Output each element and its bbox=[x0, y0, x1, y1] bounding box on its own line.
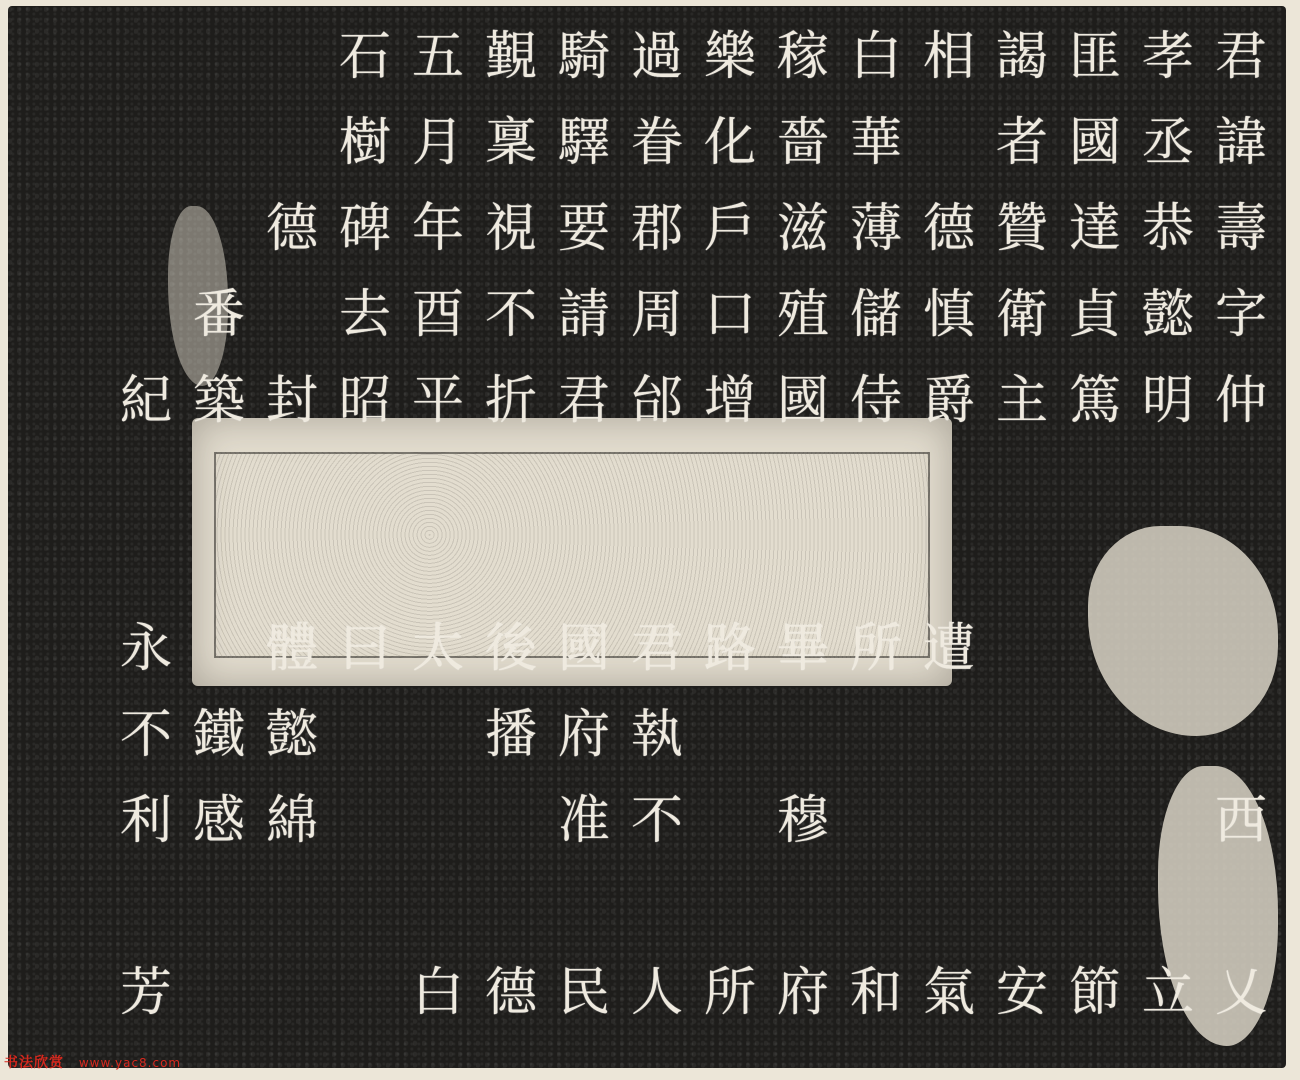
glyph bbox=[1133, 692, 1203, 778]
glyph bbox=[914, 100, 984, 186]
text-column-top: 過眷郡周邰 bbox=[622, 14, 692, 444]
glyph: 准 bbox=[549, 778, 619, 864]
glyph: 戶 bbox=[695, 186, 765, 272]
glyph bbox=[914, 778, 984, 864]
glyph: 所 bbox=[841, 606, 911, 692]
glyph bbox=[1060, 606, 1130, 692]
glyph: 諱 bbox=[1206, 100, 1276, 186]
glyph: 去 bbox=[330, 272, 400, 358]
glyph: 月 bbox=[403, 100, 473, 186]
glyph: 匪 bbox=[1060, 14, 1130, 100]
glyph: 達 bbox=[1060, 186, 1130, 272]
glyph: 立 bbox=[1133, 950, 1203, 1036]
glyph: 華 bbox=[841, 100, 911, 186]
glyph bbox=[1060, 864, 1130, 950]
glyph: 孝 bbox=[1133, 14, 1203, 100]
glyph: 滋 bbox=[768, 186, 838, 272]
text-column-bottom: 節 bbox=[1060, 606, 1130, 1036]
text-column-top: 君諱壽字仲 bbox=[1206, 14, 1276, 444]
text-column-bottom: 太白 bbox=[403, 606, 473, 1036]
glyph bbox=[184, 864, 254, 950]
glyph: 請 bbox=[549, 272, 619, 358]
text-column-bottom: 安 bbox=[987, 606, 1057, 1036]
glyph: 石 bbox=[330, 14, 400, 100]
glyph: 五 bbox=[403, 14, 473, 100]
text-column-bottom: 鐵感 bbox=[184, 606, 254, 1036]
glyph bbox=[184, 950, 254, 1036]
glyph: 篤 bbox=[1060, 358, 1130, 444]
glyph bbox=[184, 186, 254, 272]
glyph bbox=[841, 864, 911, 950]
glyph: 永 bbox=[111, 606, 181, 692]
glyph: 騎 bbox=[549, 14, 619, 100]
text-column-bottom: 君執不人 bbox=[622, 606, 692, 1036]
glyph bbox=[695, 692, 765, 778]
glyph bbox=[257, 100, 327, 186]
glyph: 國 bbox=[549, 606, 619, 692]
glyph: 衛 bbox=[987, 272, 1057, 358]
glyph: 不 bbox=[622, 778, 692, 864]
glyph: 封 bbox=[257, 358, 327, 444]
glyph: 執 bbox=[622, 692, 692, 778]
glyph: 壽 bbox=[1206, 186, 1276, 272]
text-column-top: 謁者贊衛主 bbox=[987, 14, 1057, 444]
glyph bbox=[476, 864, 546, 950]
glyph: 字 bbox=[1206, 272, 1276, 358]
glyph: 國 bbox=[768, 358, 838, 444]
glyph: 鐵 bbox=[184, 692, 254, 778]
glyph: 人 bbox=[622, 950, 692, 1036]
text-column-bottom: 路所 bbox=[695, 606, 765, 1036]
text-column-top: 番築 bbox=[184, 14, 254, 444]
glyph bbox=[330, 864, 400, 950]
watermark-name: 书法欣赏 bbox=[4, 1055, 64, 1071]
glyph: 體 bbox=[257, 606, 327, 692]
glyph: 國 bbox=[1060, 100, 1130, 186]
glyph bbox=[914, 864, 984, 950]
glyph: 郡 bbox=[622, 186, 692, 272]
glyph bbox=[257, 272, 327, 358]
glyph bbox=[1206, 692, 1276, 778]
glyph: 紀 bbox=[111, 358, 181, 444]
text-column-bottom: 畢穆府 bbox=[768, 606, 838, 1036]
glyph: 嗇 bbox=[768, 100, 838, 186]
glyph: 相 bbox=[914, 14, 984, 100]
glyph bbox=[622, 864, 692, 950]
glyph bbox=[184, 14, 254, 100]
glyph: 府 bbox=[768, 950, 838, 1036]
text-column-top: 德封 bbox=[257, 14, 327, 444]
glyph: 曰 bbox=[330, 606, 400, 692]
text-column-top: 稼嗇滋殖國 bbox=[768, 14, 838, 444]
text-column-bottom: 遭氣 bbox=[914, 606, 984, 1036]
glyph bbox=[403, 864, 473, 950]
text-column-bottom: 體懿綿 bbox=[257, 606, 327, 1036]
text-column-top: 覲稟視不折 bbox=[476, 14, 546, 444]
glyph: 贊 bbox=[987, 186, 1057, 272]
text-column-top: 石樹碑去昭 bbox=[330, 14, 400, 444]
glyph: 白 bbox=[403, 950, 473, 1036]
glyph: 乂 bbox=[1206, 950, 1276, 1036]
text-column-bottom: 後播德 bbox=[476, 606, 546, 1036]
glyph: 太 bbox=[403, 606, 473, 692]
glyph bbox=[111, 272, 181, 358]
glyph: 主 bbox=[987, 358, 1057, 444]
glyph bbox=[695, 778, 765, 864]
glyph bbox=[768, 864, 838, 950]
glyph: 眷 bbox=[622, 100, 692, 186]
watermark: 书法欣赏 www.yac8.com bbox=[4, 1052, 181, 1072]
glyph: 君 bbox=[1206, 14, 1276, 100]
glyph bbox=[330, 950, 400, 1036]
text-column-top: 相德慎爵 bbox=[914, 14, 984, 444]
glyph: 殖 bbox=[768, 272, 838, 358]
text-column-top: 孝丞恭懿明 bbox=[1133, 14, 1203, 444]
glyph bbox=[841, 778, 911, 864]
glyph: 所 bbox=[695, 950, 765, 1036]
glyph: 侍 bbox=[841, 358, 911, 444]
glyph: 年 bbox=[403, 186, 473, 272]
glyph bbox=[257, 14, 327, 100]
glyph: 感 bbox=[184, 778, 254, 864]
glyph: 謁 bbox=[987, 14, 1057, 100]
glyph: 明 bbox=[1133, 358, 1203, 444]
glyph: 懿 bbox=[257, 692, 327, 778]
glyph: 後 bbox=[476, 606, 546, 692]
glyph bbox=[330, 778, 400, 864]
glyph bbox=[184, 100, 254, 186]
glyph: 薄 bbox=[841, 186, 911, 272]
glyph bbox=[111, 864, 181, 950]
text-column-top: 五月年酉平 bbox=[403, 14, 473, 444]
glyph: 過 bbox=[622, 14, 692, 100]
glyph bbox=[695, 864, 765, 950]
glyph: 要 bbox=[549, 186, 619, 272]
glyph: 利 bbox=[111, 778, 181, 864]
glyph: 芳 bbox=[111, 950, 181, 1036]
glyph: 邰 bbox=[622, 358, 692, 444]
glyph: 驛 bbox=[549, 100, 619, 186]
glyph: 慎 bbox=[914, 272, 984, 358]
glyph bbox=[257, 950, 327, 1036]
glyph: 番 bbox=[184, 272, 254, 358]
glyph bbox=[257, 864, 327, 950]
glyph bbox=[1133, 864, 1203, 950]
glyph bbox=[184, 606, 254, 692]
glyph bbox=[549, 864, 619, 950]
text-column-bottom: 西乂 bbox=[1206, 606, 1276, 1036]
glyph bbox=[1206, 606, 1276, 692]
glyph: 儲 bbox=[841, 272, 911, 358]
glyph bbox=[987, 606, 1057, 692]
text-column-top: 紀 bbox=[111, 14, 181, 444]
glyph bbox=[914, 692, 984, 778]
glyph bbox=[111, 14, 181, 100]
glyph bbox=[1206, 864, 1276, 950]
glyph: 不 bbox=[111, 692, 181, 778]
watermark-url: www.yac8.com bbox=[79, 1056, 181, 1070]
glyph bbox=[768, 692, 838, 778]
glyph: 民 bbox=[549, 950, 619, 1036]
glyph: 仲 bbox=[1206, 358, 1276, 444]
glyph: 懿 bbox=[1133, 272, 1203, 358]
glyph: 節 bbox=[1060, 950, 1130, 1036]
glyph: 恭 bbox=[1133, 186, 1203, 272]
glyph bbox=[330, 692, 400, 778]
glyph: 樂 bbox=[695, 14, 765, 100]
text-column-bottom: 所和 bbox=[841, 606, 911, 1036]
glyph bbox=[1133, 606, 1203, 692]
glyph: 路 bbox=[695, 606, 765, 692]
glyph bbox=[987, 864, 1057, 950]
glyph: 者 bbox=[987, 100, 1057, 186]
glyph: 折 bbox=[476, 358, 546, 444]
glyph bbox=[841, 692, 911, 778]
text-column-bottom: 國府准民 bbox=[549, 606, 619, 1036]
text-column-top: 白華薄儲侍 bbox=[841, 14, 911, 444]
text-column-top: 樂化戶口增 bbox=[695, 14, 765, 444]
glyph: 丞 bbox=[1133, 100, 1203, 186]
glyph: 昭 bbox=[330, 358, 400, 444]
glyph: 口 bbox=[695, 272, 765, 358]
glyph bbox=[987, 778, 1057, 864]
glyph: 府 bbox=[549, 692, 619, 778]
glyph: 德 bbox=[476, 950, 546, 1036]
glyph: 貞 bbox=[1060, 272, 1130, 358]
text-column-bottom: 曰 bbox=[330, 606, 400, 1036]
glyph: 增 bbox=[695, 358, 765, 444]
glyph bbox=[403, 692, 473, 778]
text-column-bottom: 永不利芳 bbox=[111, 606, 181, 1036]
glyph: 稼 bbox=[768, 14, 838, 100]
glyph: 碑 bbox=[330, 186, 400, 272]
glyph: 視 bbox=[476, 186, 546, 272]
glyph bbox=[111, 186, 181, 272]
glyph: 畢 bbox=[768, 606, 838, 692]
glyph: 遭 bbox=[914, 606, 984, 692]
glyph: 白 bbox=[841, 14, 911, 100]
glyph: 平 bbox=[403, 358, 473, 444]
glyph bbox=[1060, 778, 1130, 864]
glyph: 酉 bbox=[403, 272, 473, 358]
glyph bbox=[987, 692, 1057, 778]
glyph: 稟 bbox=[476, 100, 546, 186]
glyph bbox=[1133, 778, 1203, 864]
glyph: 西 bbox=[1206, 778, 1276, 864]
glyph: 君 bbox=[622, 606, 692, 692]
glyph: 爵 bbox=[914, 358, 984, 444]
glyph: 德 bbox=[914, 186, 984, 272]
glyph: 綿 bbox=[257, 778, 327, 864]
glyph bbox=[1060, 692, 1130, 778]
glyph: 君 bbox=[549, 358, 619, 444]
glyph: 不 bbox=[476, 272, 546, 358]
glyph: 化 bbox=[695, 100, 765, 186]
glyph: 播 bbox=[476, 692, 546, 778]
glyph: 安 bbox=[987, 950, 1057, 1036]
glyph: 周 bbox=[622, 272, 692, 358]
glyph: 築 bbox=[184, 358, 254, 444]
glyph bbox=[403, 778, 473, 864]
glyph: 樹 bbox=[330, 100, 400, 186]
glyph: 覲 bbox=[476, 14, 546, 100]
glyph bbox=[476, 778, 546, 864]
text-column-bottom: 立 bbox=[1133, 606, 1203, 1036]
text-column-top: 匪國達貞篤 bbox=[1060, 14, 1130, 444]
glyph: 德 bbox=[257, 186, 327, 272]
glyph: 穆 bbox=[768, 778, 838, 864]
glyph: 和 bbox=[841, 950, 911, 1036]
text-column-top: 騎驛要請君 bbox=[549, 14, 619, 444]
glyph bbox=[111, 100, 181, 186]
stele-rubbing: 君諱壽字仲西乂孝丞恭懿明立匪國達貞篤節謁者贊衛主安相德慎爵遭氣白華薄儲侍所和稼嗇… bbox=[8, 6, 1286, 1068]
glyph: 氣 bbox=[914, 950, 984, 1036]
